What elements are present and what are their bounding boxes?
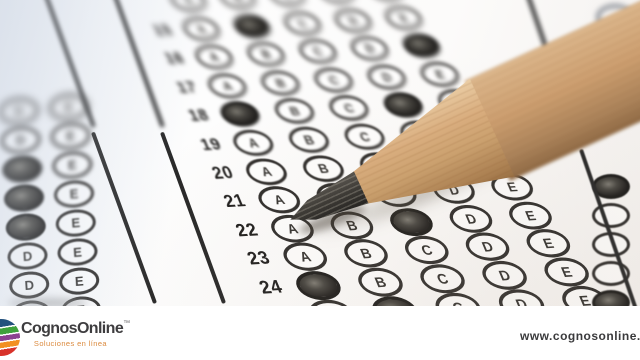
answer-bubble-E: E [53, 179, 95, 209]
answer-bubble-A: A [278, 241, 332, 272]
filled-answer-bubble-D [3, 183, 45, 213]
answer-bubble-C: C [280, 10, 325, 35]
answer-bubble-C: C [415, 263, 470, 294]
answer-bubble-D: D [314, 0, 358, 4]
answer-bubble-D: D [493, 287, 549, 306]
answer-bubble-E: E [416, 60, 463, 87]
answer-bubble-D: D [444, 203, 497, 233]
filled-answer-bubble-B [229, 13, 274, 38]
filled-answer-bubble-D [1, 154, 43, 184]
footer-bar: CognosOnline™ Soluciones en línea www.co… [0, 306, 640, 360]
question-number [115, 1, 159, 3]
question-number: 20 [178, 163, 237, 185]
question-number: 18 [155, 106, 212, 127]
answer-bubble-E: E [504, 200, 557, 230]
filled-answer-bubble-D [379, 91, 427, 118]
answer-bubble-D: D [0, 96, 40, 126]
answer-bubble-E: E [51, 150, 93, 180]
answer-bubble-A: A [241, 157, 291, 186]
brand-tagline: Soluciones en línea [21, 339, 107, 348]
globe-icon [0, 316, 23, 358]
question-number: 22 [200, 220, 262, 243]
answer-bubble-D: D [347, 35, 393, 61]
website-url: www.cognosonline.c [520, 329, 640, 343]
answer-bubble-A: A [191, 44, 237, 70]
answer-bubble-E: E [57, 237, 99, 267]
filled-answer-bubble-B [367, 294, 423, 306]
answer-bubble-E: E [363, 0, 407, 1]
answer-bubble-C: C [430, 291, 486, 306]
answer-bubble-D: D [461, 231, 515, 262]
answer-bubble-B: B [215, 0, 259, 9]
answer-bubble-A: A [303, 298, 359, 306]
answer-row-partial [592, 203, 630, 233]
answer-bubble-B: B [257, 69, 304, 96]
answer-bubble-E: E [55, 208, 97, 238]
answer-bubble-E: E [381, 4, 426, 29]
answer-bubble-C: C [325, 94, 373, 121]
answer-bubble-C: C [340, 122, 389, 150]
brand-name: CognosOnline [21, 320, 123, 337]
question-number: 23 [211, 248, 274, 272]
answer-bubble-C: C [265, 0, 309, 7]
answer-bubble-B: B [353, 266, 408, 297]
answer-bubble-D: D [477, 259, 532, 290]
answer-bubble-B: B [298, 153, 348, 182]
answer-bubble-D: D [330, 7, 375, 32]
question-number: 24 [222, 276, 287, 300]
answer-row-partial [592, 290, 630, 306]
answer-bubble-E: E [58, 266, 100, 296]
brand-logo: CognosOnline™ Soluciones en línea [21, 320, 107, 348]
answer-bubble-C: C [310, 66, 357, 93]
answer-bubble-A: A [179, 15, 224, 40]
answer-bubble-D: D [363, 63, 410, 90]
answer-bubble-E: E [539, 256, 594, 287]
answer-bubble-A: A [253, 185, 305, 214]
answer-bubble-B: B [284, 125, 333, 153]
banner: ABCDE15ACDE16ABCD17ABCDE18BCE19ABCDE20AB… [0, 0, 640, 360]
answer-bubble-D: D [0, 125, 41, 155]
answer-bubble-E: E [50, 121, 92, 151]
answer-bubble-B: B [243, 41, 289, 67]
brand-name-line: CognosOnline™ [21, 320, 107, 338]
scantron-photo: ABCDE15ACDE16ABCD17ABCDE18BCE19ABCDE20AB… [0, 0, 640, 306]
answer-bubble-D: D [8, 270, 50, 300]
filled-answer-bubble-E [398, 32, 444, 58]
question-number: 21 [189, 191, 250, 214]
sheet-edge-shadow [8, 298, 88, 306]
answer-bubble-B: B [270, 97, 318, 124]
answer-bubble-A: A [203, 72, 250, 99]
filled-answer-bubble-A [216, 100, 264, 127]
answer-bubble-B: B [339, 238, 393, 269]
filled-answer-bubble-D [5, 212, 47, 242]
filled-answer-bubble [592, 290, 630, 306]
answer-bubble-E: E [521, 228, 575, 259]
trademark-symbol: ™ [123, 320, 130, 327]
question-number: 19 [166, 135, 224, 157]
filled-answer-bubble-A [291, 269, 346, 300]
answer-bubble-D: D [7, 241, 49, 271]
answer-bubble-C: C [295, 38, 341, 64]
answer-bubble-A: A [166, 0, 210, 12]
answer-bubble-A: A [228, 128, 277, 156]
answer-bubble-C: C [400, 235, 454, 266]
